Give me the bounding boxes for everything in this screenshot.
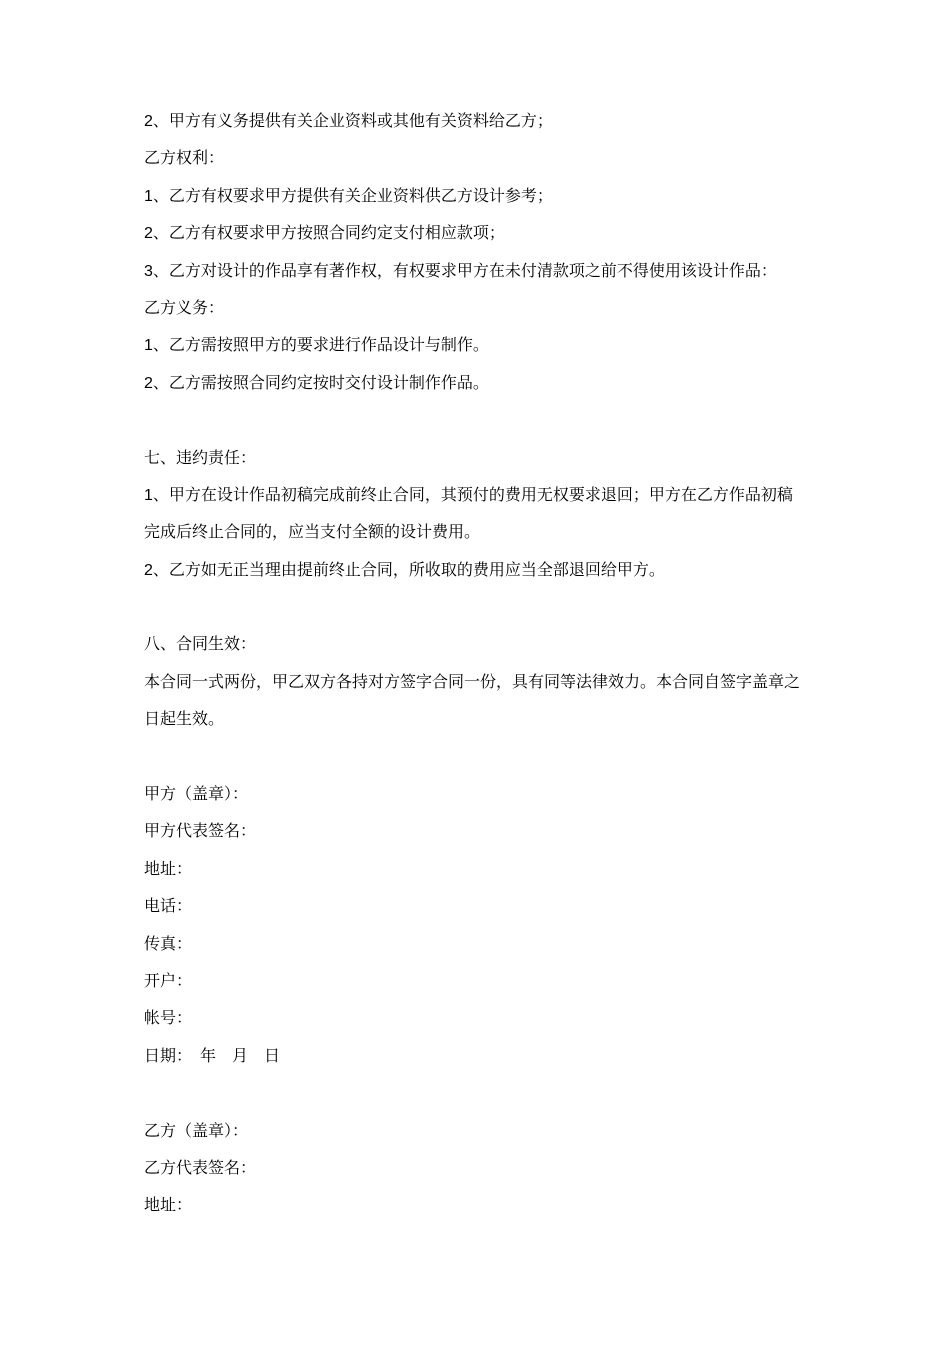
contract-line: 2、乙方有权要求甲方按照合同约定支付相应款项； (144, 215, 806, 252)
contract-page: 2、甲方有义务提供有关企业资料或其他有关资料给乙方；乙方权利：1、乙方有权要求甲… (0, 0, 950, 1346)
contract-line: 1、乙方有权要求甲方提供有关企业资料供乙方设计参考； (144, 178, 806, 215)
contract-line: 甲方（盖章）： (144, 776, 806, 813)
contract-line: 甲方代表签名： (144, 813, 806, 850)
contract-line: 地址： (144, 1187, 806, 1224)
contract-line: 3、乙方对设计的作品享有著作权，有权要求甲方在未付清款项之前不得使用该设计作品： (144, 253, 806, 290)
blank-line (144, 402, 806, 439)
contract-line: 日起生效。 (144, 701, 806, 738)
contract-line: 日期： 年 月 日 (144, 1038, 806, 1075)
contract-line: 2、甲方有义务提供有关企业资料或其他有关资料给乙方； (144, 103, 806, 140)
contract-line: 2、乙方如无正当理由提前终止合同，所收取的费用应当全部退回给甲方。 (144, 552, 806, 589)
contract-line: 乙方权利： (144, 140, 806, 177)
contract-line: 地址： (144, 851, 806, 888)
blank-line (144, 589, 806, 626)
contract-body: 2、甲方有义务提供有关企业资料或其他有关资料给乙方；乙方权利：1、乙方有权要求甲… (0, 0, 806, 1225)
contract-line: 1、乙方需按照甲方的要求进行作品设计与制作。 (144, 327, 806, 364)
contract-line: 乙方义务： (144, 290, 806, 327)
party-rights-and-obligations: 2、甲方有义务提供有关企业资料或其他有关资料给乙方；乙方权利：1、乙方有权要求甲… (144, 103, 806, 402)
contract-line: 乙方代表签名： (144, 1150, 806, 1187)
contract-line: 1、甲方在设计作品初稿完成前终止合同，其预付的费用无权要求退回；甲方在乙方作品初… (144, 477, 806, 514)
party-a-signature-block: 甲方（盖章）：甲方代表签名：地址：电话：传真：开户：帐号：日期： 年 月 日 (144, 776, 806, 1075)
blank-line (144, 739, 806, 776)
contract-line: 七、违约责任： (144, 440, 806, 477)
contract-line: 八、合同生效： (144, 626, 806, 663)
contract-line: 本合同一式两份，甲乙双方各持对方签字合同一份，具有同等法律效力。本合同自签字盖章… (144, 664, 806, 701)
section-8-contract-effectiveness: 八、合同生效：本合同一式两份，甲乙双方各持对方签字合同一份，具有同等法律效力。本… (144, 626, 806, 738)
contract-line: 传真： (144, 926, 806, 963)
section-7-breach-liability: 七、违约责任：1、甲方在设计作品初稿完成前终止合同，其预付的费用无权要求退回；甲… (144, 440, 806, 590)
contract-line: 电话： (144, 888, 806, 925)
party-b-signature-block: 乙方（盖章）：乙方代表签名：地址： (144, 1113, 806, 1225)
contract-line: 2、乙方需按照合同约定按时交付设计制作作品。 (144, 365, 806, 402)
contract-line: 完成后终止合同的，应当支付全额的设计费用。 (144, 514, 806, 551)
blank-line (144, 1075, 806, 1112)
contract-line: 乙方（盖章）： (144, 1113, 806, 1150)
contract-line: 开户： (144, 963, 806, 1000)
contract-line: 帐号： (144, 1000, 806, 1037)
